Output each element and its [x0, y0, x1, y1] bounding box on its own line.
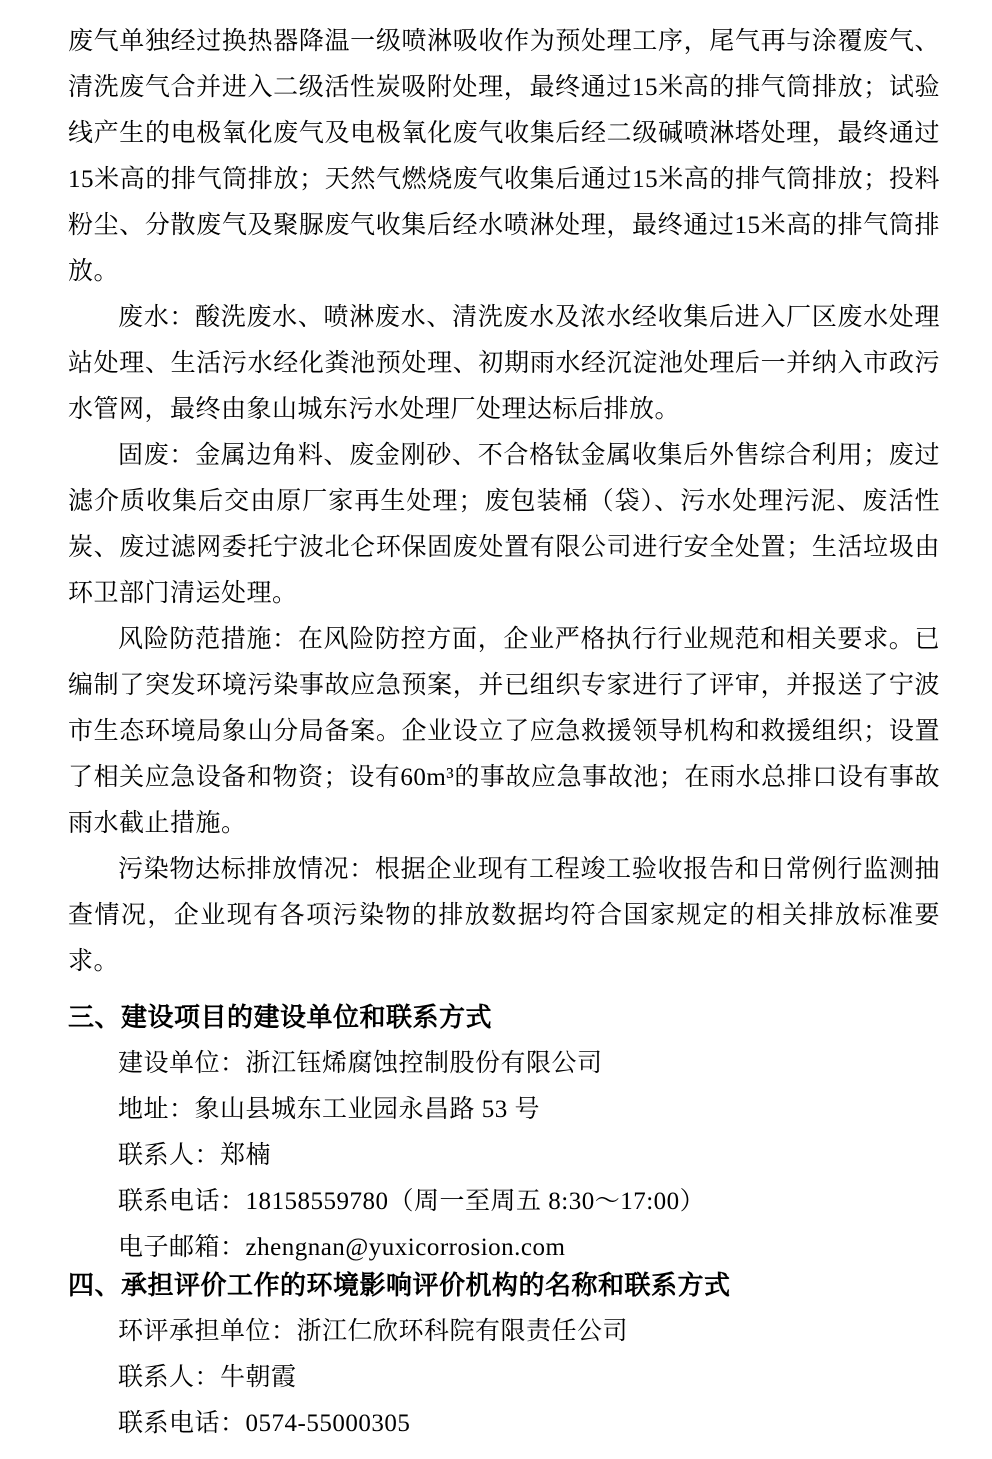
construction-unit-line: 建设单位：浙江钰烯腐蚀控制股份有限公司 [68, 1041, 940, 1087]
para-waste-gas-treatment: 废气单独经过换热器降温一级喷淋吸收作为预处理工序，尾气再与涂覆废气、清洗废气合并… [68, 19, 940, 295]
eia-unit-line: 环评承担单位：浙江仁欣环科院有限责任公司 [68, 1309, 940, 1355]
eia-contact-person-line: 联系人：牛朝霞 [68, 1355, 940, 1401]
contact-phone-line: 联系电话：18158559780（周一至周五 8:30～17:00） [68, 1179, 940, 1225]
para-solid-waste-disposal: 固废：金属边角料、废金刚砂、不合格钛金属收集后外售综合利用；废过滤介质收集后交由… [68, 433, 940, 617]
para-pollutant-compliance: 污染物达标排放情况：根据企业现有工程竣工验收报告和日常例行监测抽查情况，企业现有… [68, 847, 940, 985]
section-heading-eia-agency-contact: 四、承担评价工作的环境影响评价机构的名称和联系方式 [68, 1263, 940, 1309]
address-line: 地址：象山县城东工业园永昌路 53 号 [68, 1087, 940, 1133]
document-page: 废气单独经过换热器降温一级喷淋吸收作为预处理工序，尾气再与涂覆废气、清洗废气合并… [0, 0, 992, 1459]
para-wastewater-treatment: 废水：酸洗废水、喷淋废水、清洗废水及浓水经收集后进入厂区废水处理站处理、生活污水… [68, 295, 940, 433]
eia-contact-phone-line: 联系电话：0574-55000305 [68, 1401, 940, 1447]
contact-person-line: 联系人：郑楠 [68, 1133, 940, 1179]
section-heading-construction-unit-contact: 三、建设项目的建设单位和联系方式 [68, 995, 940, 1041]
para-risk-prevention-measures: 风险防范措施：在风险防控方面，企业严格执行行业规范和相关要求。已编制了突发环境污… [68, 617, 940, 847]
